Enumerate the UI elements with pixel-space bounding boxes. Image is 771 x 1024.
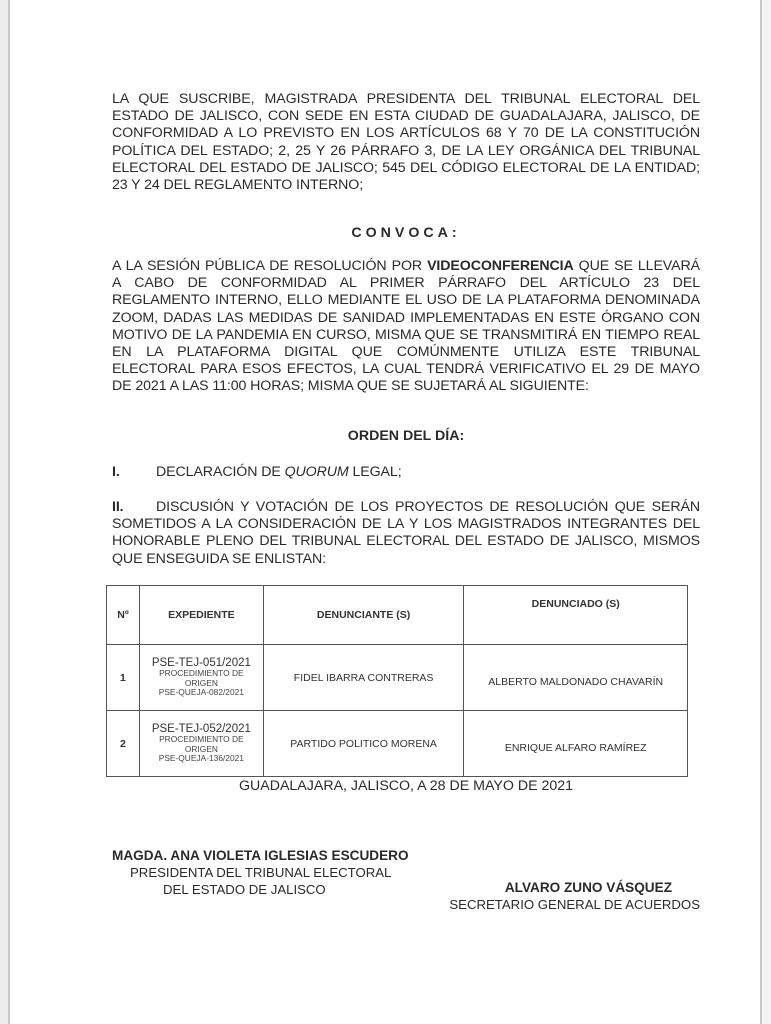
- place-and-date: GUADALAJARA, JALISCO, A 28 DE MAYO DE 20…: [112, 778, 700, 794]
- header-no: Nº: [107, 586, 140, 645]
- agenda-item-text: DECLARACIÓN DE: [156, 464, 285, 480]
- signatory-title: SECRETARIO GENERAL DE ACUERDOS: [430, 896, 700, 913]
- agenda-item-1: I.DECLARACIÓN DE QUORUM LEGAL;: [112, 464, 700, 481]
- cases-table: Nº EXPEDIENTE DENUNCIANTE (S) DENUNCIADO…: [106, 585, 688, 777]
- preamble-paragraph: LA QUE SUSCRIBE, MAGISTRADA PRESIDENTA D…: [112, 91, 700, 194]
- header-denunciante: DENUNCIANTE (S): [263, 586, 464, 645]
- convoca-paragraph: A LA SESIÓN PÚBLICA DE RESOLUCIÓN POR VI…: [112, 258, 700, 396]
- agenda-item-number: I.: [112, 464, 156, 481]
- signature-presidenta: MAGDA. ANA VIOLETA IGLESIAS ESCUDERO PRE…: [112, 847, 442, 898]
- signature-secretario: ALVARO ZUNO VÁSQUEZ SECRETARIO GENERAL D…: [430, 879, 700, 913]
- convoca-text-start: A LA SESIÓN PÚBLICA DE RESOLUCIÓN POR: [112, 258, 427, 274]
- videoconferencia-emphasis: VIDEOCONFERENCIA: [427, 258, 574, 274]
- convoca-heading: CONVOCA:: [112, 225, 700, 241]
- signatory-title: PRESIDENTA DEL TRIBUNAL ELECTORAL: [112, 864, 442, 881]
- agenda-item-text: DISCUSIÓN Y VOTACIÓN DE LOS PROYECTOS DE…: [112, 499, 700, 567]
- agenda-item-number: II.: [112, 499, 156, 516]
- table-header-row: Nº EXPEDIENTE DENUNCIANTE (S) DENUNCIADO…: [107, 586, 688, 645]
- row-denunciante: PARTIDO POLITICO MORENA: [263, 711, 464, 777]
- signatory-name: MAGDA. ANA VIOLETA IGLESIAS ESCUDERO: [112, 847, 442, 864]
- signatory-name: ALVARO ZUNO VÁSQUEZ: [430, 879, 700, 896]
- orden-del-dia-heading: ORDEN DEL DÍA:: [112, 428, 700, 444]
- agenda-item-2: II.DISCUSIÓN Y VOTACIÓN DE LOS PROYECTOS…: [112, 499, 700, 568]
- queja-id: PSE-QUEJA-082/2021: [140, 688, 263, 698]
- queja-id: PSE-QUEJA-136/2021: [140, 754, 263, 764]
- row-expediente: PSE-TEJ-052/2021 PROCEDIMIENTO DE ORIGEN…: [139, 711, 263, 777]
- header-denunciado: DENUNCIADO (S): [464, 586, 688, 645]
- table-row: 1 PSE-TEJ-051/2021 PROCEDIMIENTO DE ORIG…: [107, 645, 688, 711]
- row-number: 2: [107, 711, 140, 777]
- row-expediente: PSE-TEJ-051/2021 PROCEDIMIENTO DE ORIGEN…: [139, 645, 263, 711]
- row-denunciado: ENRIQUE ALFARO RAMÍREZ: [464, 711, 688, 777]
- row-denunciante: FIDEL IBARRA CONTRERAS: [263, 645, 464, 711]
- row-denunciado: ALBERTO MALDONADO CHAVARÍN: [464, 645, 688, 711]
- convoca-text-rest: QUE SE LLEVARÁ A CABO DE CONFORMIDAD AL …: [112, 258, 700, 394]
- header-expediente: EXPEDIENTE: [139, 586, 263, 645]
- page-shadow-left: [0, 0, 8, 1024]
- quorum-italic: QUORUM: [285, 464, 349, 480]
- row-number: 1: [107, 645, 140, 711]
- table-row: 2 PSE-TEJ-052/2021 PROCEDIMIENTO DE ORIG…: [107, 711, 688, 777]
- signatory-title-cont: DEL ESTADO DE JALISCO: [112, 881, 442, 898]
- agenda-item-text-end: LEGAL;: [349, 464, 402, 480]
